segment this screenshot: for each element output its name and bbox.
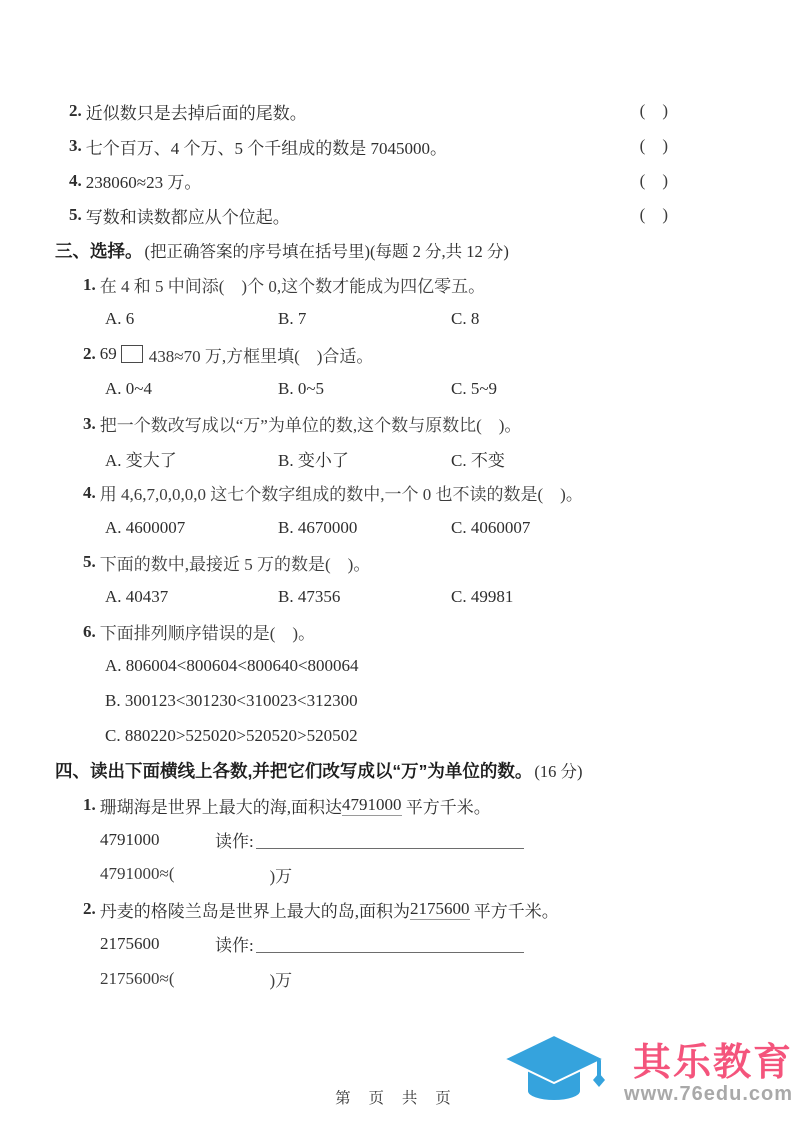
answer-bracket: ( ): [640, 171, 668, 191]
option-c: C. 4060007: [451, 518, 530, 538]
item-text: 238060≈23 万。: [86, 168, 202, 193]
question-text-post: 438≈70 万,方框里填( )合适。: [149, 342, 374, 367]
approx-expression: 2175600≈(: [100, 969, 175, 989]
item-number: 5.: [69, 205, 82, 225]
blank-box: [121, 345, 143, 363]
question-text: 在 4 和 5 中间添( )个 0,这个数才能成为四亿零五。: [100, 272, 485, 297]
approx-unit: )万: [270, 862, 293, 887]
option-b: B. 300123<301230<310023<312300: [105, 691, 358, 711]
answer-gap: [175, 874, 270, 875]
problem-number: 2.: [83, 899, 96, 919]
question-number: 6.: [83, 622, 96, 642]
question-number: 2.: [83, 344, 96, 364]
judge-item: 5. 写数和读数都应从个位起。 ( ): [55, 198, 738, 233]
options-row: A. 6 B. 7 C. 8: [55, 302, 738, 337]
choice-question-1: 1. 在 4 和 5 中间添( )个 0,这个数才能成为四亿零五。: [55, 267, 738, 302]
read-as-label: 读作:: [215, 931, 254, 956]
stacked-option-b: B. 300123<301230<310023<312300: [55, 684, 738, 719]
approx-unit: )万: [270, 966, 293, 991]
item-number: 2.: [69, 101, 82, 121]
option-c: C. 不变: [451, 446, 505, 471]
problem-text-after: 平方千米。: [402, 793, 491, 818]
answer-bracket: ( ): [640, 205, 668, 225]
options-row: A. 0~4 B. 0~5 C. 5~9: [55, 372, 738, 407]
question-number: 5.: [83, 552, 96, 572]
judge-item: 2. 近似数只是去掉后面的尾数。 ( ): [55, 94, 738, 129]
answer-bracket: ( ): [640, 136, 668, 156]
answer-blank-line: [256, 830, 524, 849]
section-title: 三、选择。: [55, 238, 143, 263]
rewrite-section-header: 四、读出下面横线上各数,并把它们改写成以“万”为单位的数。 (16 分): [55, 753, 738, 788]
choice-question-5: 5. 下面的数中,最接近 5 万的数是( )。: [55, 545, 738, 580]
item-number: 4.: [69, 171, 82, 191]
choice-section-header: 三、选择。 (把正确答案的序号填在括号里)(每题 2 分,共 12 分): [55, 233, 738, 268]
options-row: A. 40437 B. 47356 C. 49981: [55, 580, 738, 615]
choice-question-2: 2. 69 438≈70 万,方框里填( )合适。: [55, 337, 738, 372]
options-row: A. 4600007 B. 4670000 C. 4060007: [55, 510, 738, 545]
section-subtitle: (把正确答案的序号填在括号里)(每题 2 分,共 12 分): [145, 238, 509, 262]
question-number: 1.: [83, 275, 96, 295]
option-b: B. 变小了: [278, 446, 451, 471]
option-c: C. 49981: [451, 587, 513, 607]
number-value: 4791000: [100, 830, 215, 850]
problem-text: 珊瑚海是世界上最大的海,面积达: [100, 793, 342, 818]
choice-question-4: 4. 用 4,6,7,0,0,0,0 这七个数字组成的数中,一个 0 也不读的数…: [55, 476, 738, 511]
approx-row: 4791000≈( )万: [55, 857, 738, 892]
option-c: C. 8: [451, 309, 479, 329]
section-title: 四、读出下面横线上各数,并把它们改写成以“万”为单位的数。: [55, 758, 532, 783]
brand-url: www.76edu.com: [624, 1083, 793, 1105]
item-text: 写数和读数都应从个位起。: [86, 203, 290, 228]
rewrite-problem-2: 2. 丹麦的格陵兰岛是世界上最大的岛,面积为 2175600 平方千米。: [55, 892, 738, 927]
choice-question-6: 6. 下面排列顺序错误的是( )。: [55, 614, 738, 649]
underlined-number: 4791000: [342, 795, 402, 816]
question-number: 4.: [83, 483, 96, 503]
option-a: A. 40437: [105, 587, 278, 607]
option-c: C. 880220>525020>520520>520502: [105, 726, 358, 746]
option-a: A. 806004<800604<800640<800064: [105, 656, 359, 676]
section-score: (16 分): [534, 758, 582, 782]
question-text-pre: 69: [100, 344, 117, 364]
question-text: 下面的数中,最接近 5 万的数是( )。: [100, 550, 371, 575]
option-a: A. 4600007: [105, 518, 278, 538]
graduation-cap-icon: [498, 1025, 610, 1122]
item-text: 七个百万、4 个万、5 个千组成的数是 7045000。: [86, 134, 447, 159]
item-number: 3.: [69, 136, 82, 156]
problem-text-after: 平方千米。: [470, 897, 559, 922]
approx-row: 2175600≈( )万: [55, 961, 738, 996]
question-text: 用 4,6,7,0,0,0,0 这七个数字组成的数中,一个 0 也不读的数是( …: [100, 480, 583, 505]
number-value: 2175600: [100, 934, 215, 954]
question-number: 3.: [83, 414, 96, 434]
option-b: B. 47356: [278, 587, 451, 607]
rewrite-problem-1: 1. 珊瑚海是世界上最大的海,面积达 4791000 平方千米。: [55, 788, 738, 823]
question-text: 下面排列顺序错误的是( )。: [100, 619, 315, 644]
option-a: A. 6: [105, 309, 278, 329]
judge-item: 3. 七个百万、4 个万、5 个千组成的数是 7045000。 ( ): [55, 129, 738, 164]
option-a: A. 变大了: [105, 446, 278, 471]
answer-gap: [175, 978, 270, 979]
read-as-label: 读作:: [215, 827, 254, 852]
option-b: B. 4670000: [278, 518, 451, 538]
question-text: 把一个数改写成以“万”为单位的数,这个数与原数比( )。: [100, 411, 522, 436]
approx-expression: 4791000≈(: [100, 864, 175, 884]
stacked-option-c: C. 880220>525020>520520>520502: [55, 718, 738, 753]
brand-logo: 其乐教育 www.76edu.com: [498, 1026, 793, 1122]
option-b: B. 7: [278, 309, 451, 329]
choice-question-3: 3. 把一个数改写成以“万”为单位的数,这个数与原数比( )。: [55, 406, 738, 441]
judge-item: 4. 238060≈23 万。 ( ): [55, 163, 738, 198]
options-row: A. 变大了 B. 变小了 C. 不变: [55, 441, 738, 476]
option-a: A. 0~4: [105, 379, 278, 399]
option-c: C. 5~9: [451, 379, 497, 399]
item-text: 近似数只是去掉后面的尾数。: [86, 99, 307, 124]
problem-text: 丹麦的格陵兰岛是世界上最大的岛,面积为: [100, 897, 410, 922]
worksheet-body: 2. 近似数只是去掉后面的尾数。 ( ) 3. 七个百万、4 个万、5 个千组成…: [55, 94, 738, 996]
answer-blank-line: [256, 934, 524, 953]
stacked-option-a: A. 806004<800604<800640<800064: [55, 649, 738, 684]
answer-bracket: ( ): [640, 101, 668, 121]
brand-name: 其乐教育: [633, 1043, 793, 1083]
logo-text: 其乐教育 www.76edu.com: [614, 1043, 793, 1105]
underlined-number: 2175600: [410, 899, 470, 920]
read-as-row: 4791000 读作:: [55, 822, 738, 857]
option-b: B. 0~5: [278, 379, 451, 399]
problem-number: 1.: [83, 795, 96, 815]
read-as-row: 2175600 读作:: [55, 927, 738, 962]
